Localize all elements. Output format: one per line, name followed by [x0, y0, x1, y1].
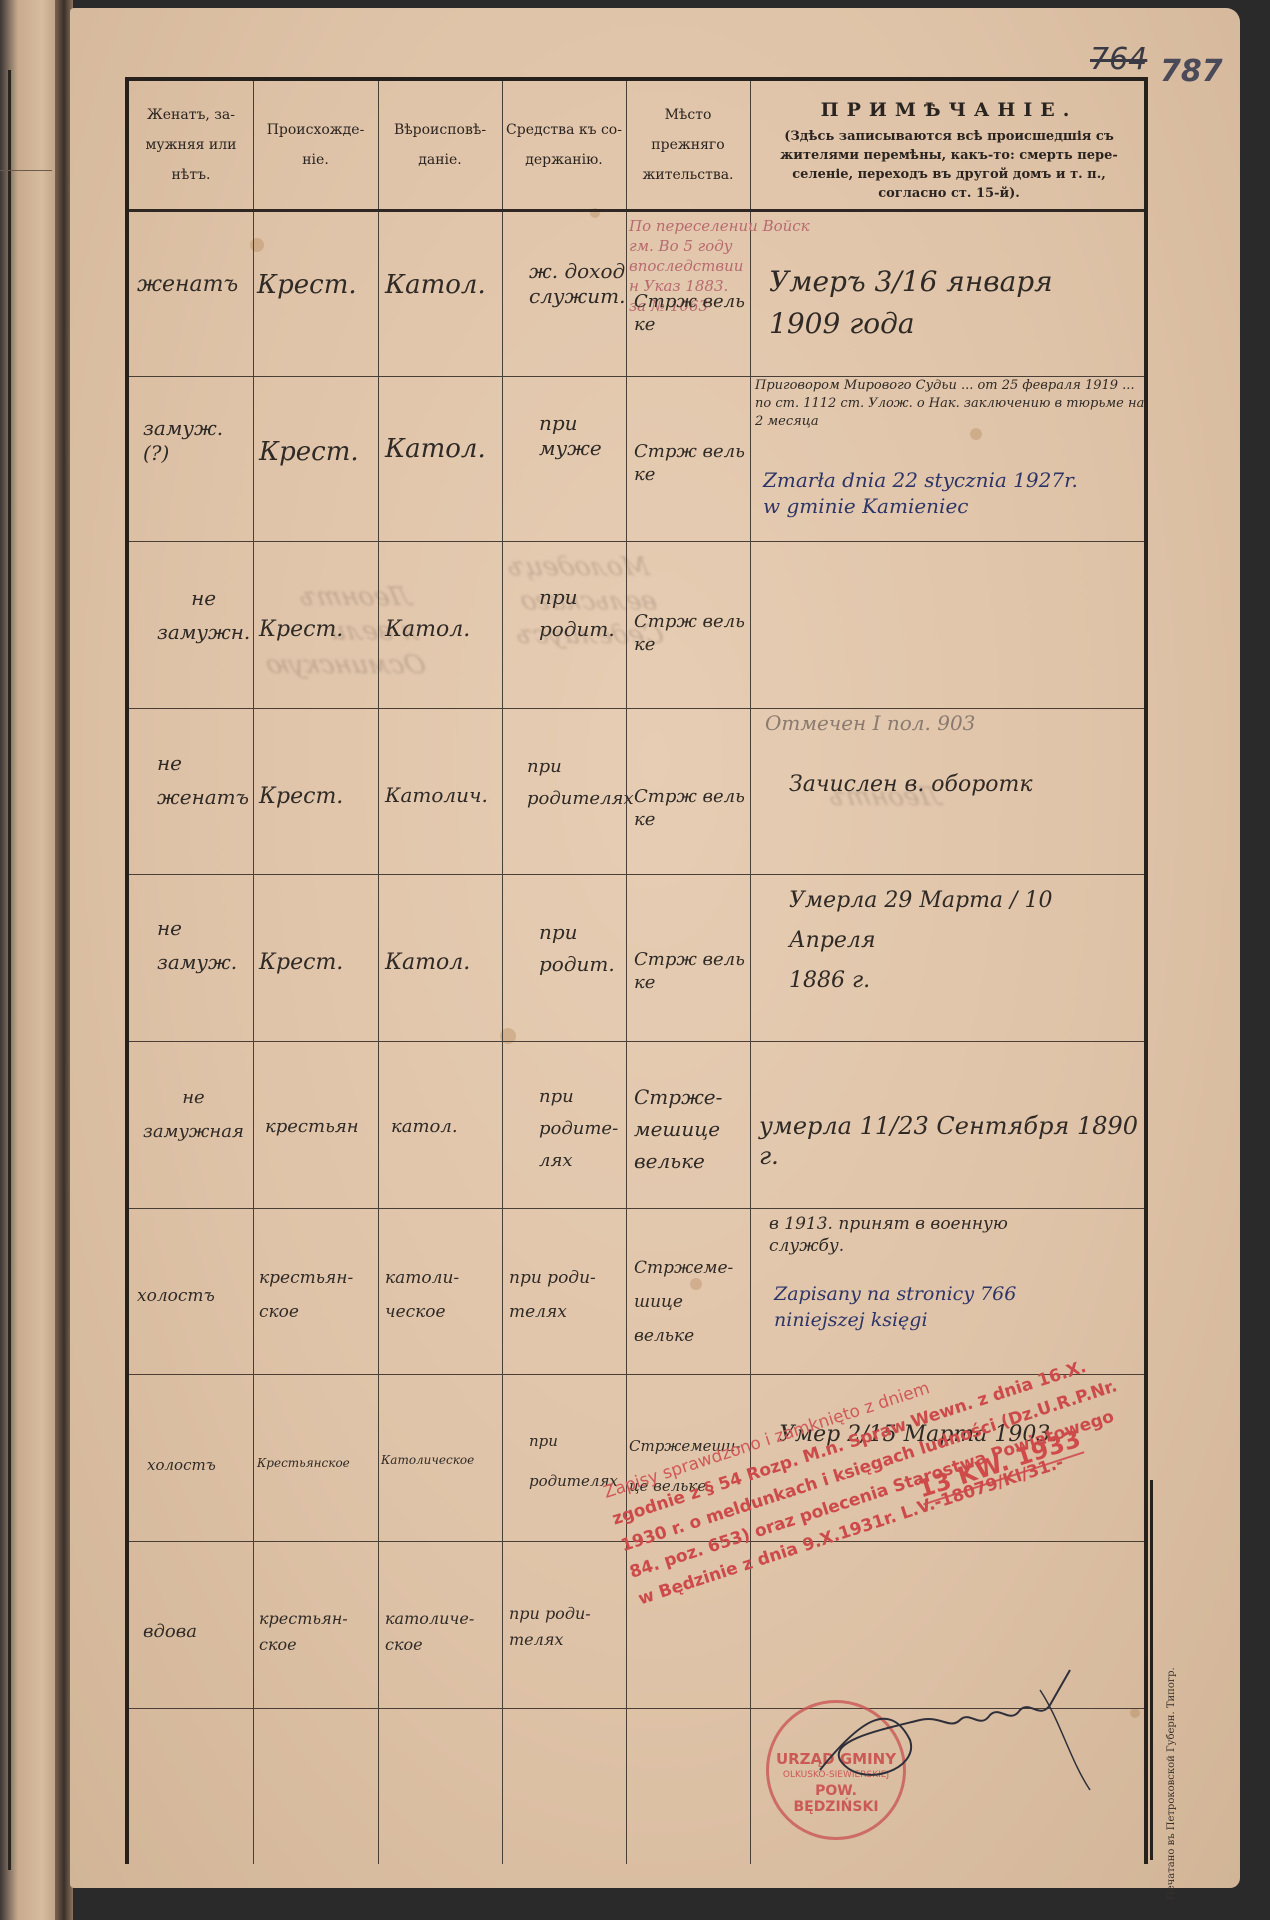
cell-marital-status: холостъ: [147, 1456, 216, 1475]
cell-previous-residence: Стрж вель ке: [634, 786, 745, 831]
cell-religion: катол.: [391, 1116, 458, 1139]
cell-religion: Катол.: [385, 269, 486, 302]
header-religion: Вѣроисповѣ- даніе.: [378, 81, 502, 209]
cell-origin: Крест.: [259, 783, 343, 811]
notes-title: ПРИМѢЧАНІЕ.: [750, 99, 1148, 121]
cell-marital-status: холостъ: [137, 1286, 215, 1307]
cell-previous-residence: Стрж вель ке: [634, 611, 745, 656]
cell-religion: Катол.: [385, 949, 470, 977]
cell-origin: Крестьянское: [257, 1456, 350, 1471]
page-number: 787: [1160, 54, 1223, 89]
adjacent-page-rule: [0, 170, 52, 171]
column-divider: [750, 81, 751, 1864]
row-divider: [129, 708, 1144, 709]
cell-livelihood: при родителях: [527, 751, 634, 815]
cell-religion: Католич.: [385, 783, 488, 808]
register-table: Женатъ, за- мужняя или нѣтъ. Происхожде-…: [125, 77, 1148, 1864]
cell-origin: крестьян- ское: [259, 1261, 353, 1329]
signature: [800, 1660, 1100, 1800]
column-divider: [378, 81, 379, 1864]
cell-origin: Крест.: [259, 436, 359, 469]
column-divider: [253, 81, 254, 1864]
cell-notes-polish: Zapisany na stronicy 766 niniejszej księ…: [774, 1281, 1016, 1333]
seal-line: BĘDZIŃSKI: [793, 1799, 878, 1815]
header-divider: [129, 209, 1144, 212]
cell-religion: Катол.: [385, 433, 486, 466]
cell-previous-residence: Стржеме- шице вельке: [634, 1251, 733, 1353]
column-divider: [626, 81, 627, 1864]
cell-livelihood: при роди- телях: [509, 1261, 596, 1329]
cell-marital-status: не замужн.: [157, 581, 250, 649]
cell-previous-residence: Стрж вель ке: [634, 949, 745, 994]
printer-imprint: Печатано въ Петроковской Губерн. Типогр.: [1166, 1560, 1177, 1900]
cell-previous-residence: Стрж вель ке: [634, 441, 745, 486]
cell-livelihood: ж. доход служит.: [529, 259, 625, 309]
table-right-border: [1150, 1480, 1153, 1860]
row-divider: [129, 1041, 1144, 1042]
adjacent-page-border: [8, 70, 11, 1870]
cell-origin: Крест.: [259, 616, 343, 644]
row-divider: [129, 1208, 1144, 1209]
cell-notes-polish: Zmarła dnia 22 stycznia 1927r. w gminie …: [763, 467, 1078, 519]
page-number-crossed: 764: [1090, 42, 1147, 77]
cell-notes: Зачислен в. оборотк: [789, 771, 1033, 799]
cell-livelihood: при муже: [539, 411, 602, 461]
cell-religion: Катол.: [385, 616, 470, 644]
cell-livelihood: при родит.: [539, 916, 615, 980]
cell-marital-status: вдова: [143, 1621, 197, 1644]
adjacent-page-strip: [0, 0, 60, 1920]
column-divider: [502, 81, 503, 1864]
cell-livelihood: при родите- лях: [539, 1081, 618, 1177]
cell-marital-status: замуж. (?): [143, 416, 223, 466]
cell-marital-status: не замужная: [143, 1081, 244, 1149]
cell-religion: Католическое: [381, 1453, 474, 1468]
cell-notes: Умерла 29 Марта / 10 Апреля 1886 г.: [789, 881, 1144, 1001]
row-divider: [129, 541, 1144, 542]
cell-origin: крестьян: [265, 1116, 359, 1139]
cell-origin: крестьян- ское: [259, 1606, 348, 1658]
cell-livelihood: при роди- телях: [509, 1601, 591, 1653]
cell-notes: умерла 11/23 Сентября 1890 г.: [759, 1111, 1144, 1171]
cell-marital-status: женатъ: [137, 271, 238, 299]
row-divider: [129, 874, 1144, 875]
cell-notes-faint: Отмечен I пол. 903: [765, 711, 975, 736]
cell-origin: Крест.: [257, 269, 357, 302]
cell-religion: католиче- ское: [385, 1606, 474, 1658]
cell-notes: Приговором Мирового Судьи ... от 25 февр…: [755, 377, 1147, 431]
header-previous-residence: Мѣсто прежняго жительства.: [626, 81, 750, 209]
cell-origin: Крест.: [259, 949, 343, 977]
cell-previous-residence: Стрже- мешице вельке: [634, 1081, 722, 1177]
header-livelihood: Средства къ со- держанію.: [502, 81, 626, 209]
cell-previous-residence: Стрж вель ке: [634, 291, 745, 336]
cell-marital-status: не женатъ: [157, 746, 249, 814]
header-origin: Происхожде- ніе.: [253, 81, 378, 209]
header-marital-status: Женатъ, за- мужняя или нѣтъ.: [129, 81, 253, 209]
cell-religion: католи- ческое: [385, 1261, 459, 1329]
cell-notes: Умеръ 3/16 января 1909 года: [769, 261, 1053, 345]
header-notes: ПРИМѢЧАНІЕ. (Здѣсь записываются всѣ прои…: [750, 81, 1148, 209]
cell-livelihood: при родит.: [539, 581, 615, 645]
cell-notes: в 1913. принят в военную службу.: [769, 1213, 1008, 1257]
cell-marital-status: не замуж.: [157, 911, 237, 979]
notes-subtitle: (Здѣсь записываются всѣ происшедшія съ ж…: [750, 127, 1148, 203]
